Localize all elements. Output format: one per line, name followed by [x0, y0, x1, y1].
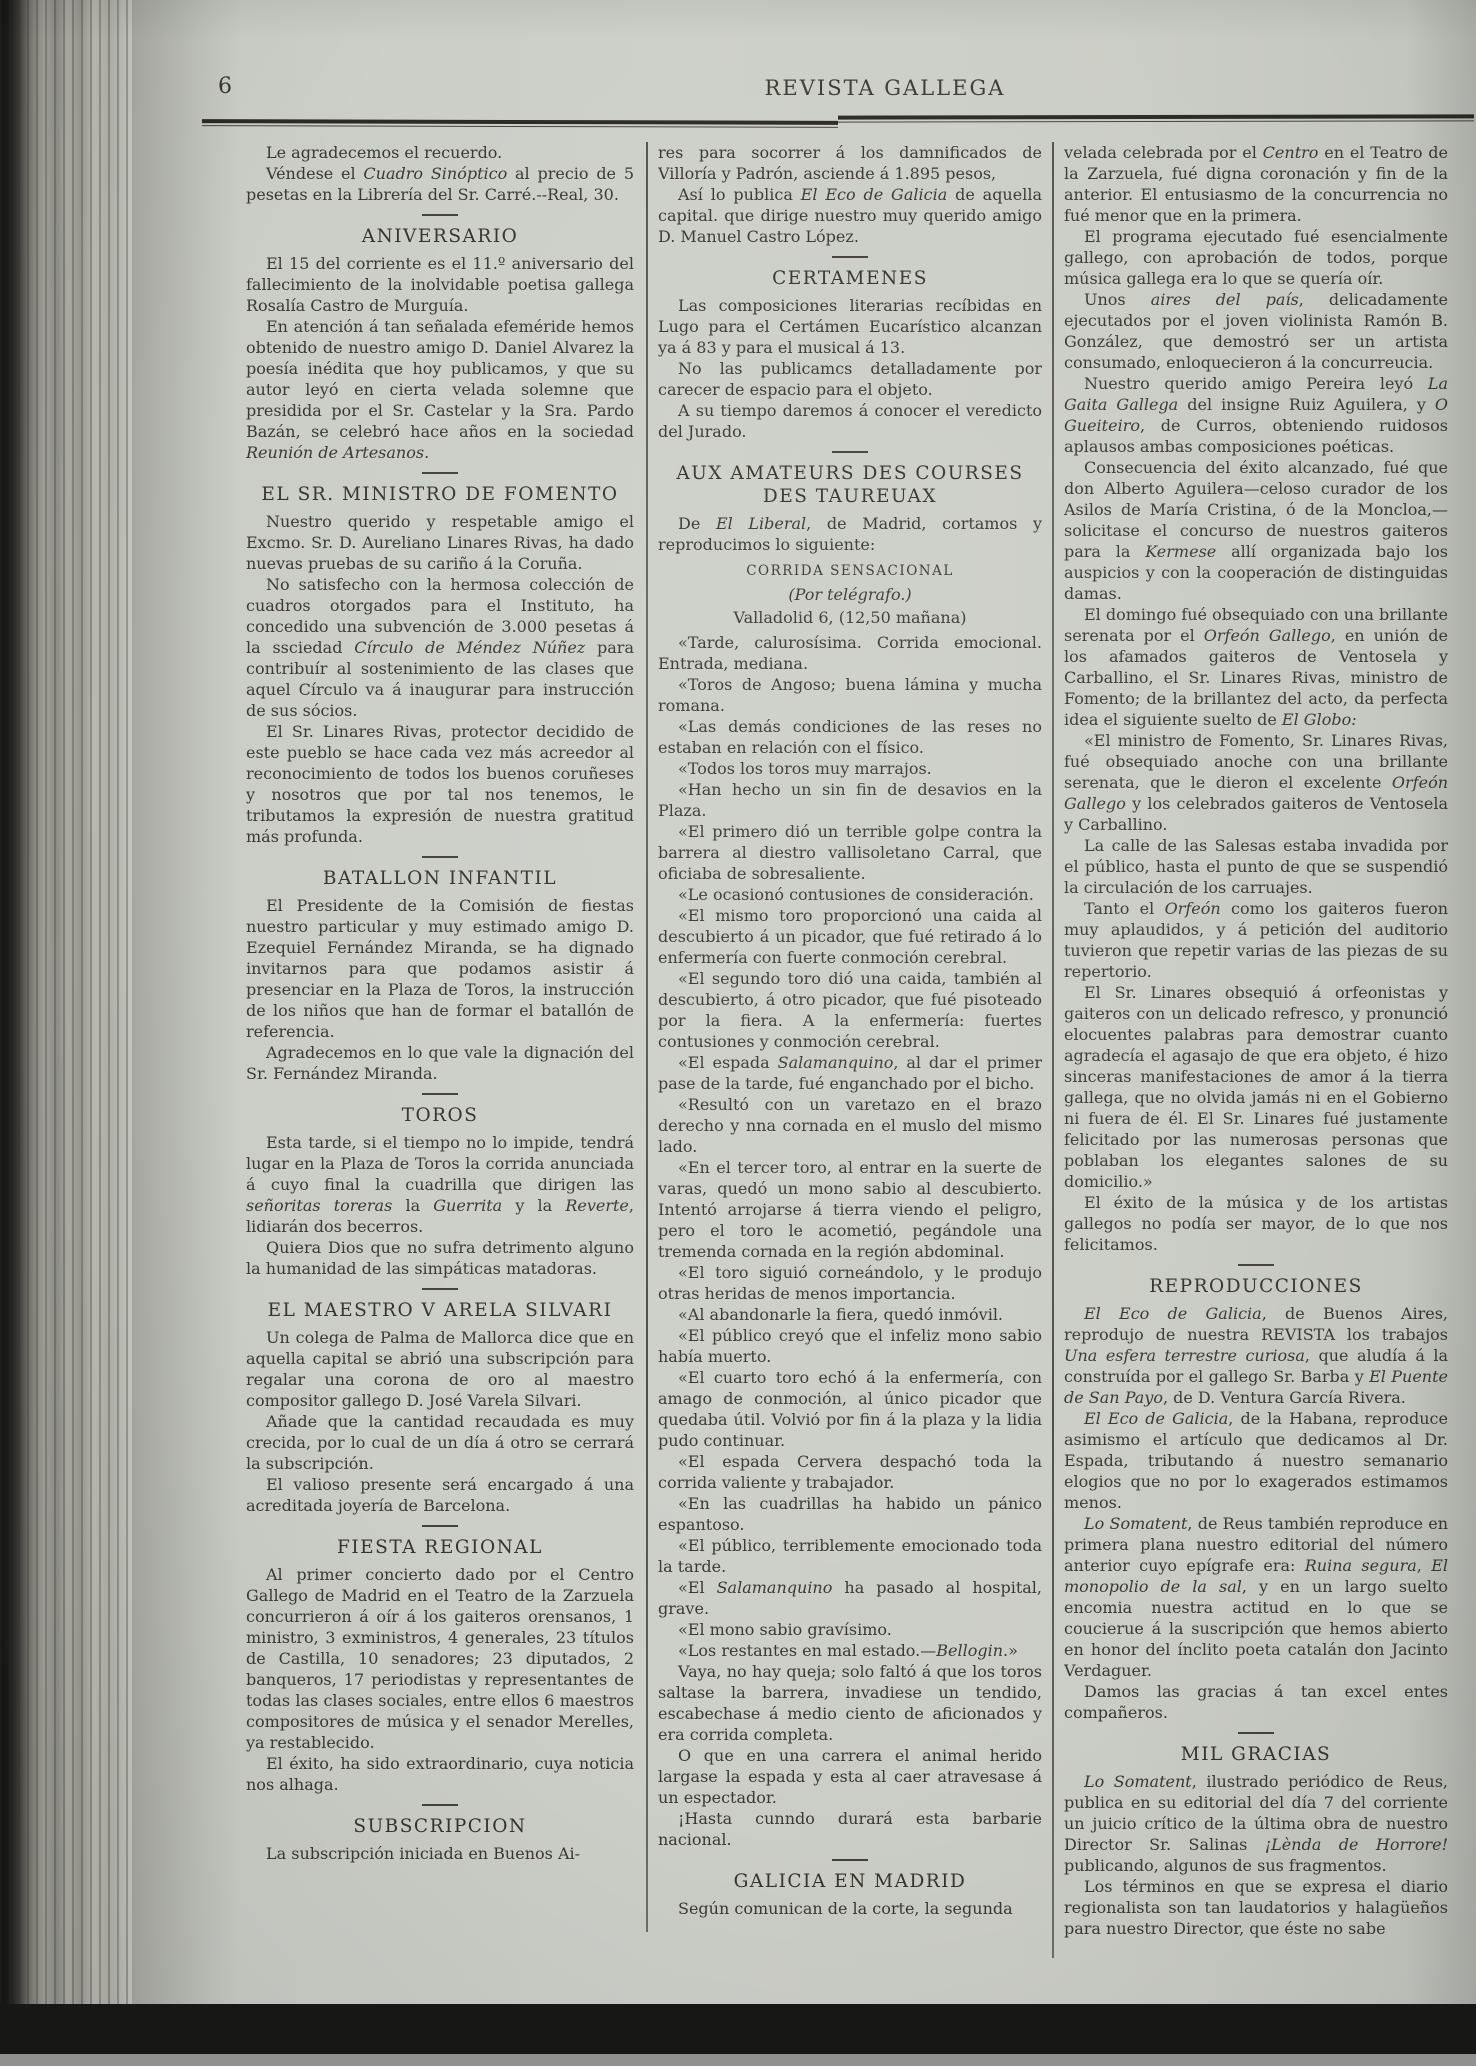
paragraph: El éxito de la música y de los artistas … — [1064, 1192, 1448, 1255]
article-heading: REPRODUCCIONES — [1064, 1275, 1448, 1298]
section-divider-dash — [422, 1525, 458, 1527]
paragraph: «Las demás condiciones de las reses no e… — [658, 716, 1042, 758]
paragraph: Al primer concierto dado por el Centro G… — [246, 1564, 634, 1753]
paragraph: El Sr. Linares Rivas, protector decidido… — [246, 721, 634, 847]
paragraph: La calle de las Salesas estaba invadida … — [1064, 835, 1448, 898]
paragraph-continuation: velada celebrada por el Centro en el Tea… — [1064, 142, 1448, 226]
paragraph: «En las cuadrillas ha habido un pánico e… — [658, 1493, 1042, 1535]
paragraph: «Toros de Angoso; buena lámina y mucha r… — [658, 674, 1042, 716]
paragraph: No satisfecho con la hermosa colección d… — [246, 574, 634, 721]
paragraph: «El público creyó que el infeliz mono sa… — [658, 1325, 1042, 1367]
paragraph: Lo Somatent, ilustrado periódico de Reus… — [1064, 1771, 1448, 1876]
page-number: 6 — [218, 74, 233, 99]
article-heading: BATALLON INFANTIL — [246, 867, 634, 890]
paragraph: El Presidente de la Comisión de fiestas … — [246, 895, 634, 1042]
paragraph: «El público, terriblemente emocionado to… — [658, 1535, 1042, 1577]
paragraph: Así lo publica El Eco de Galicia de aque… — [658, 184, 1042, 247]
article-heading: TOROS — [246, 1104, 634, 1127]
article-heading: EL SR. MINISTRO DE FOMENTO — [246, 483, 634, 506]
column-divider — [646, 142, 648, 1932]
paragraph: Quiera Dios que no sufra detrimento algu… — [246, 1237, 634, 1279]
paragraph: Esta tarde, si el tiempo no lo impide, t… — [246, 1132, 634, 1237]
paragraph: O que en una carrera el animal herido la… — [658, 1745, 1042, 1808]
section-divider-dash — [832, 1859, 868, 1861]
paragraph: «Resultó con un varetazo en el brazo der… — [658, 1094, 1042, 1157]
paragraph: ¡Hasta cunndo durará esta barbarie nacio… — [658, 1808, 1042, 1850]
paragraph: El valioso presente será encargado á una… — [246, 1474, 634, 1516]
article-heading: SUBSCRIPCION — [246, 1815, 634, 1838]
section-divider-dash — [1238, 1264, 1274, 1266]
paragraph: «El segundo toro dió una caida, también … — [658, 968, 1042, 1052]
paragraph: En atención á tan señalada efeméride hem… — [246, 316, 634, 463]
column-1: Le agradecemos el recuerdo.Véndese el Cu… — [246, 142, 634, 1864]
paragraph: Le agradecemos el recuerdo. — [246, 142, 634, 163]
section-divider-dash — [832, 256, 868, 258]
article-heading: CERTAMENES — [658, 267, 1042, 290]
article-heading: ANIVERSARIO — [246, 225, 634, 248]
section-divider-dash — [422, 856, 458, 858]
paragraph: El éxito, ha sido extraordinario, cuya n… — [246, 1753, 634, 1795]
scan-bottom-strip — [0, 2054, 1476, 2066]
paragraph: Lo Somatent, de Reus también reproduce e… — [1064, 1513, 1448, 1681]
paragraph: «En el tercer toro, al entrar en la suer… — [658, 1157, 1042, 1262]
paragraph: A su tiempo daremos á conocer el veredic… — [658, 400, 1042, 442]
section-divider-dash — [422, 214, 458, 216]
paragraph-continuation: res para socorrer á los damnificados de … — [658, 142, 1042, 184]
paragraph: «Al abandonarle la fiera, quedó inmóvil. — [658, 1304, 1042, 1325]
section-divider-dash — [832, 451, 868, 453]
paragraph: Agradecemos en lo que vale la dignación … — [246, 1042, 634, 1084]
paragraph: «Todos los toros muy marrajos. — [658, 758, 1042, 779]
paragraph: Las composiciones literarias recíbidas e… — [658, 295, 1042, 358]
paragraph: El Sr. Linares obsequió á orfeonistas y … — [1064, 982, 1448, 1192]
section-divider-dash — [422, 1804, 458, 1806]
paragraph: «Tarde, calurosísima. Corrida emocional.… — [658, 632, 1042, 674]
paragraph: «El mono sabio gravísimo. — [658, 1619, 1042, 1640]
paragraph: Véndese el Cuadro Sinóptico al precio de… — [246, 163, 634, 205]
paragraph: «El primero dió un terrible golpe contra… — [658, 821, 1042, 884]
scan-bottom-bar — [0, 2004, 1476, 2054]
paragraph: «El Salamanquino ha pasado al hospital, … — [658, 1577, 1042, 1619]
book-binding-edge — [0, 0, 132, 2004]
paragraph: «El cuarto toro echó á la enfermería, co… — [658, 1367, 1042, 1451]
paragraph: La subscripción iniciada en Buenos Ai- — [246, 1843, 634, 1864]
section-divider-dash — [422, 472, 458, 474]
paragraph: Los términos en que se expresa el diario… — [1064, 1876, 1448, 1939]
paragraph: Añade que la cantidad recaudada es muy c… — [246, 1411, 634, 1474]
section-divider-dash — [422, 1288, 458, 1290]
paragraph: De El Liberal, de Madrid, cortamos y rep… — [658, 513, 1042, 555]
dateline: Valladolid 6, (12,50 mañana) — [658, 607, 1042, 628]
paragraph: No las publicamcs detalladamente por car… — [658, 358, 1042, 400]
gutter-shadow — [132, 0, 242, 2004]
paragraph: «Los restantes en mal estado.—Bellogin.» — [658, 1640, 1042, 1661]
paragraph: Consecuencia del éxito alcanzado, fué qu… — [1064, 457, 1448, 604]
paragraph: Nuestro querido amigo Pereira leyó La Ga… — [1064, 373, 1448, 457]
paragraph: Damos las gracias á tan excel entes comp… — [1064, 1681, 1448, 1723]
article-heading: MIL GRACIAS — [1064, 1743, 1448, 1766]
paragraph: «El espada Salamanquino, al dar el prime… — [658, 1052, 1042, 1094]
paragraph: Según comunican de la corte, la segunda — [658, 1898, 1042, 1919]
paragraph: Unos aires del país, delicadamente ejecu… — [1064, 289, 1448, 373]
header-rule-right — [838, 114, 1474, 122]
masthead-title: REVISTA GALLEGA — [705, 76, 1065, 100]
paragraph: «El mismo toro proporcionó una caida al … — [658, 905, 1042, 968]
paragraph: «El ministro de Fomento, Sr. Linares Riv… — [1064, 730, 1448, 835]
paragraph: Vaya, no hay queja; solo faltó á que los… — [658, 1661, 1042, 1745]
section-divider-dash — [1238, 1732, 1274, 1734]
paragraph: El programa ejecutado fué esencialmente … — [1064, 226, 1448, 289]
article-heading: GALICIA EN MADRID — [658, 1870, 1042, 1893]
column-divider — [1052, 142, 1054, 1958]
paragraph: «El espada Cervera despachó toda la corr… — [658, 1451, 1042, 1493]
paragraph: El domingo fué obsequiado con una brilla… — [1064, 604, 1448, 730]
column-3: velada celebrada por el Centro en el Tea… — [1064, 142, 1448, 1939]
paragraph: Nuestro querido y respetable amigo el Ex… — [246, 511, 634, 574]
paragraph: El 15 del corriente es el 11.º aniversar… — [246, 253, 634, 316]
article-heading: FIESTA REGIONAL — [246, 1536, 634, 1559]
column-2: res para socorrer á los damnificados de … — [658, 142, 1042, 1919]
section-divider-dash — [422, 1093, 458, 1095]
paragraph: El Eco de Galicia, de la Habana, reprodu… — [1064, 1408, 1448, 1513]
paragraph: El Eco de Galicia, de Buenos Aires, repr… — [1064, 1303, 1448, 1408]
scanned-newspaper-page: 6 REVISTA GALLEGA Le agradecemos el recu… — [0, 0, 1476, 2066]
paragraph: Un colega de Palma de Mallorca dice que … — [246, 1327, 634, 1411]
paragraph: «Le ocasionó contusiones de consideració… — [658, 884, 1042, 905]
sub-heading: CORRIDA SENSACIONAL — [658, 561, 1042, 582]
paragraph: «El toro siguió corneándolo, y le produj… — [658, 1262, 1042, 1304]
paragraph: «Han hecho un sin fin de desavios en la … — [658, 779, 1042, 821]
article-heading: AUX AMATEURS DES COURSES DES TAUREUAX — [658, 462, 1042, 508]
sub-heading-italic: (Por telégrafo.) — [658, 584, 1042, 605]
article-heading: EL MAESTRO V ARELA SILVARI — [246, 1299, 634, 1322]
paragraph: Tanto el Orfeón como los gaiteros fueron… — [1064, 898, 1448, 982]
